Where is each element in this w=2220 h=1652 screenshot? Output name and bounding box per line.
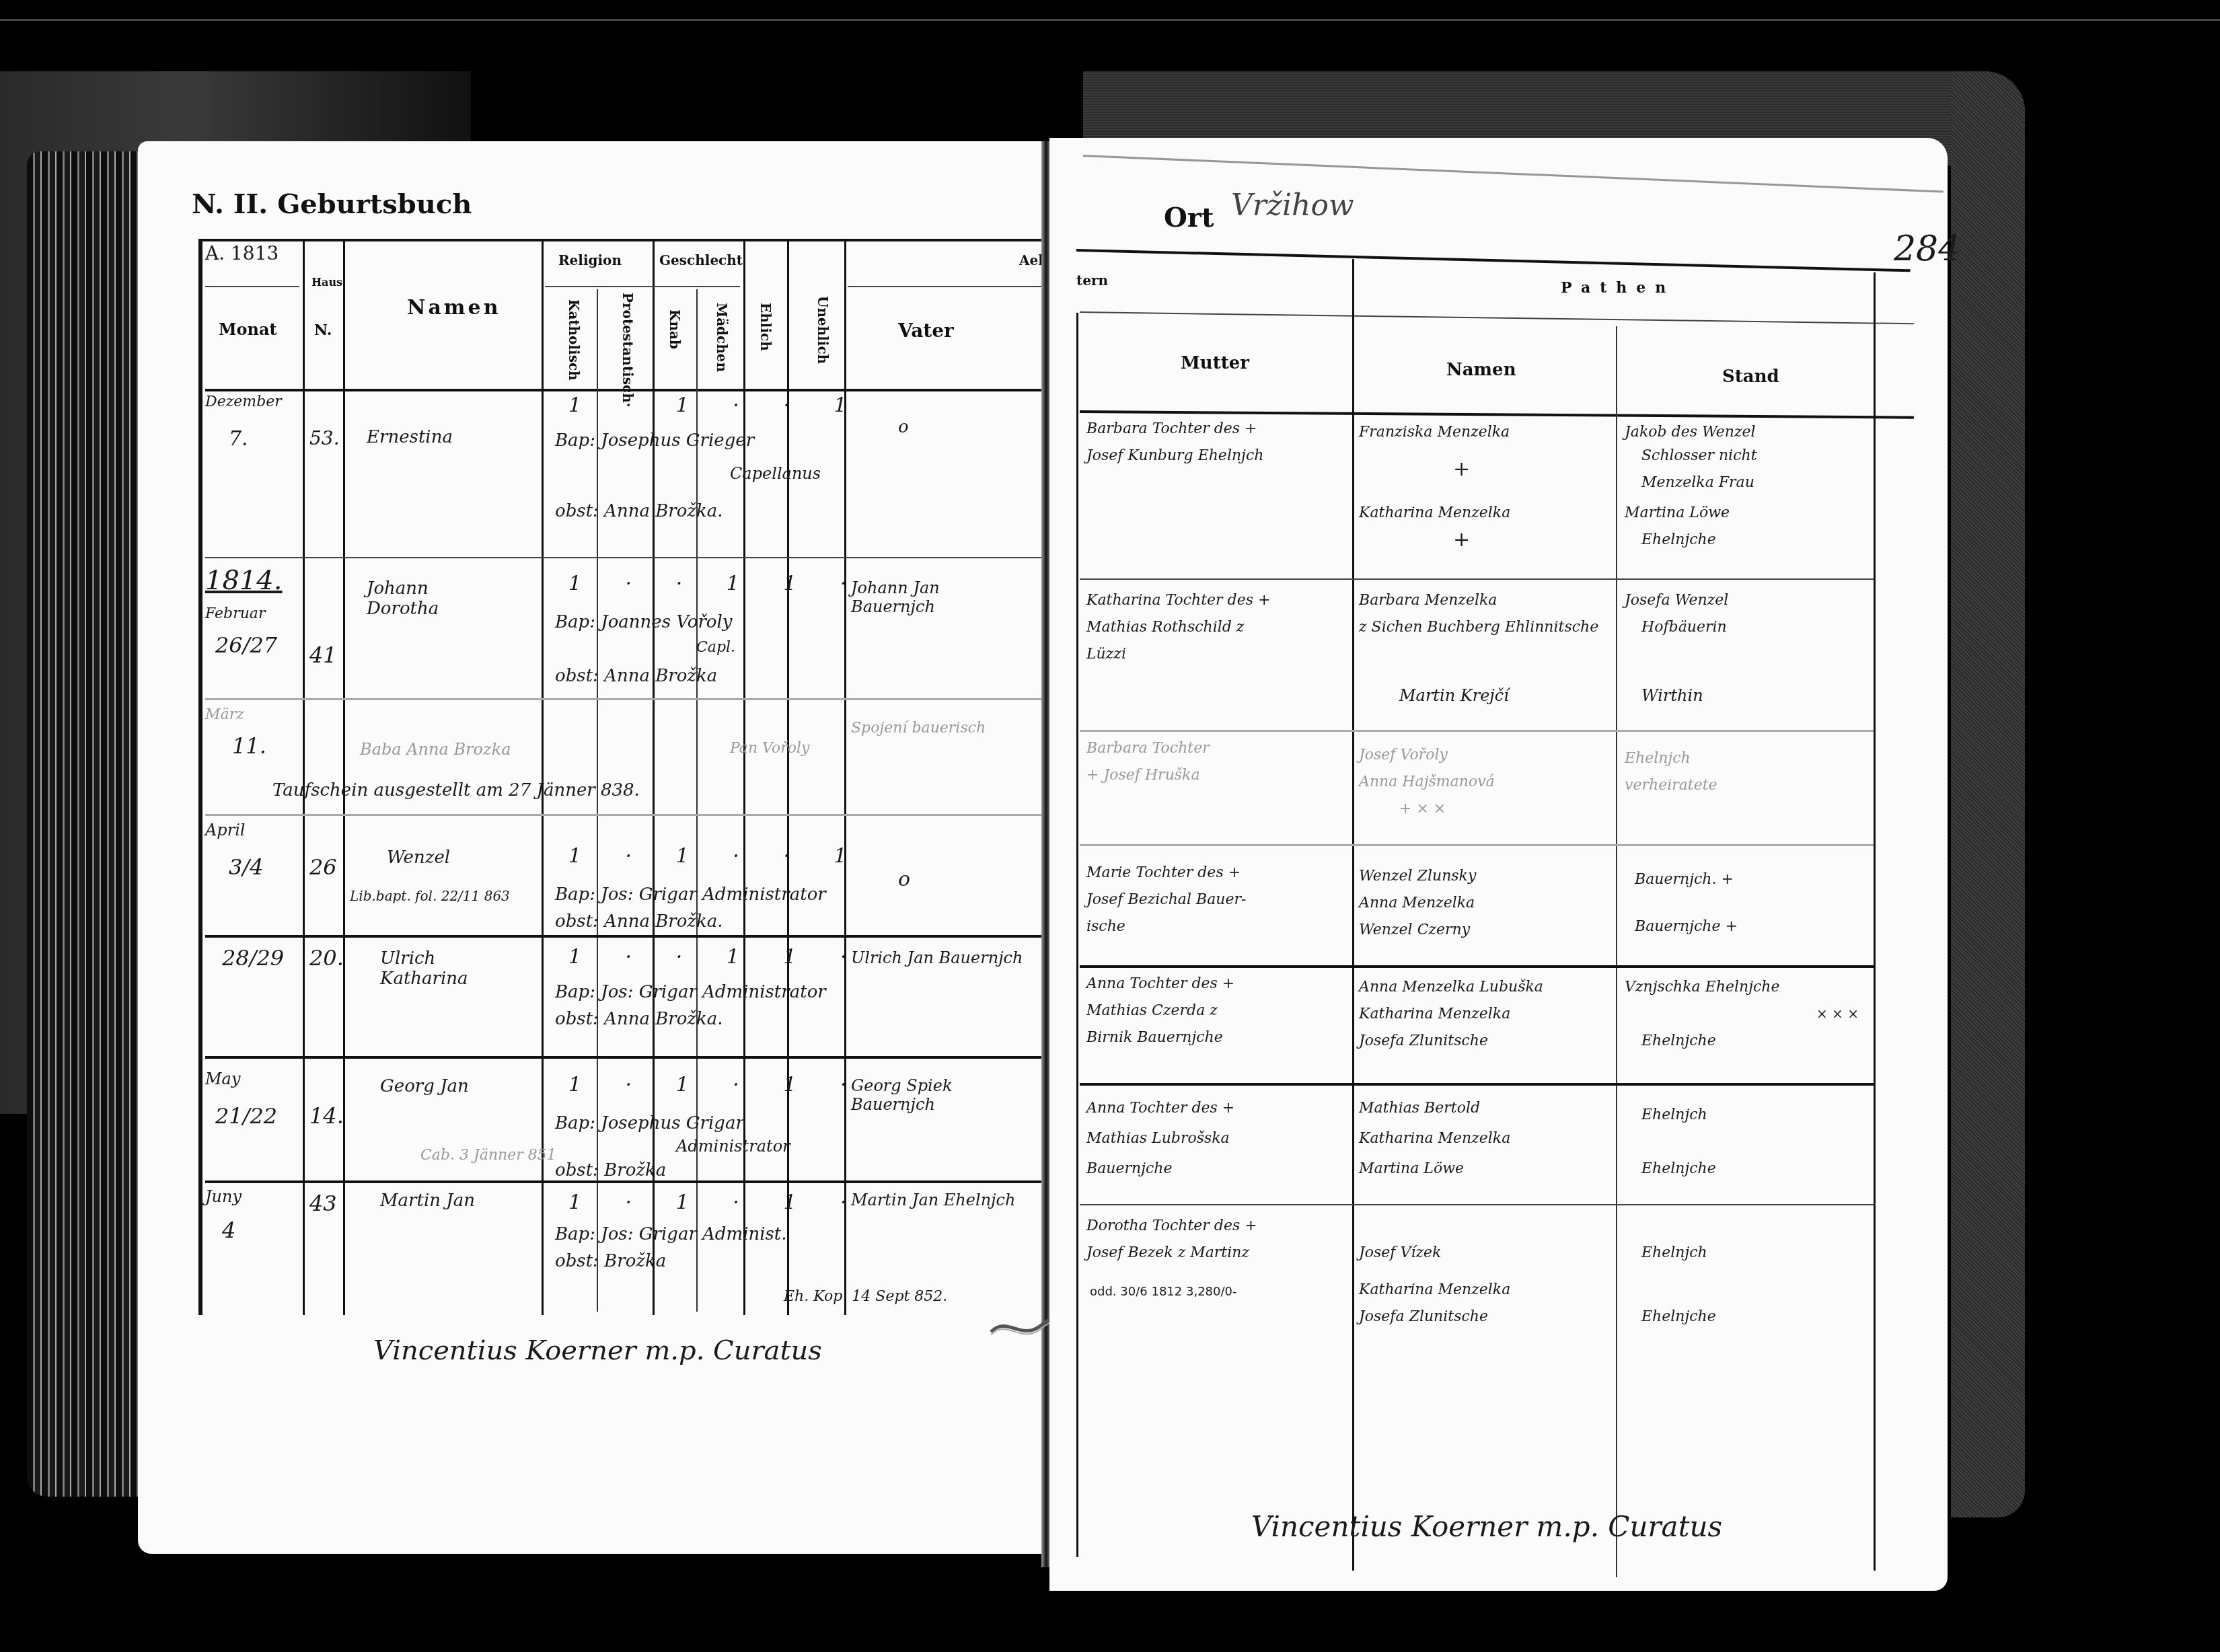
header-namen: Namen: [407, 296, 501, 320]
right-page: Ort Vržihow 284 tern Pathen Mutter Namen…: [1049, 138, 1948, 1591]
header-protestantisch: Protestantisch: [620, 293, 636, 403]
row-separator: [1080, 730, 1874, 732]
header-mutter: Mutter: [1181, 353, 1249, 373]
header-vater: Vater: [898, 320, 954, 342]
col-divider-stand: [1616, 326, 1617, 1577]
header-geschlecht: Geschlecht: [659, 252, 743, 268]
row-separator: [205, 1056, 1046, 1059]
col-divider-monat: [303, 239, 305, 1315]
right-border: [1874, 272, 1876, 1571]
year-rule: [205, 286, 299, 287]
book-cover-right-edge: [1951, 71, 2025, 1517]
header-knab: Knab: [667, 309, 683, 349]
header-haus-n: N.: [314, 322, 332, 339]
subheader-rule: [545, 286, 740, 287]
row-separator: [1080, 1083, 1874, 1086]
header-stand: Stand: [1722, 367, 1779, 387]
header-religion: Religion: [558, 252, 622, 268]
row-separator: [205, 935, 1046, 938]
row-separator: [205, 1180, 1046, 1183]
ort-value: Vržihow: [1231, 188, 1354, 223]
header-namen: Namen: [1446, 360, 1516, 380]
row-separator: [1080, 578, 1874, 580]
row-separator: [205, 814, 1046, 816]
row-separator: [205, 557, 1046, 558]
ort-label: Ort: [1164, 202, 1214, 233]
row-separator: [205, 698, 1046, 700]
year-label: A. 1813: [205, 242, 279, 264]
register-reference-note: odd. 30/6 1812 3,280/0-: [1090, 1285, 1237, 1299]
header-bottom-rule: [1080, 410, 1914, 419]
page-number: 284: [1894, 229, 1960, 269]
row-separator: [1080, 965, 1874, 968]
header-top-rule: [1076, 249, 1911, 272]
header-eltern-partial: tern: [1076, 272, 1108, 289]
marriage-note: Eh. Kop. 14 Sept 852.: [784, 1288, 947, 1305]
header-monat: Monat: [219, 320, 277, 339]
scan-artifact-line: [0, 19, 2220, 21]
header-mid-rule: [1080, 311, 1914, 324]
header-eltern-partial: Ael: [1019, 252, 1043, 268]
header-unehlich: Unehlich: [815, 296, 831, 364]
col-divider-haus: [343, 239, 345, 1315]
curate-signature: Vincentius Koerner m.p. Curatus: [1251, 1510, 1722, 1543]
curate-signature: Vincentius Koerner m.p. Curatus: [373, 1335, 822, 1366]
header-haus: Haus: [311, 276, 342, 289]
certificate-note: Taufschein ausgestellt am 27 Jänner 838.: [272, 780, 640, 800]
col-divider-mutter: [1076, 313, 1078, 1557]
header-ehlich: Ehlich: [757, 303, 774, 351]
header-top-rule: [198, 239, 1046, 241]
col-divider-namen: [1352, 259, 1354, 1571]
header-maedchen: Mädchen: [714, 303, 730, 372]
left-border: [198, 239, 202, 1315]
header-pathen: Pathen: [1561, 279, 1675, 297]
eltern-rule: [848, 286, 1043, 287]
page-stack-edges: [27, 151, 141, 1497]
row-separator: [1080, 1204, 1874, 1205]
row-separator: [1080, 844, 1874, 846]
header-katholisch: Katholisch: [566, 299, 582, 381]
left-page: N. II. Geburtsbuch A. 1813 Monat Haus N.…: [138, 141, 1046, 1554]
register-title: N. II. Geburtsbuch: [192, 188, 472, 220]
